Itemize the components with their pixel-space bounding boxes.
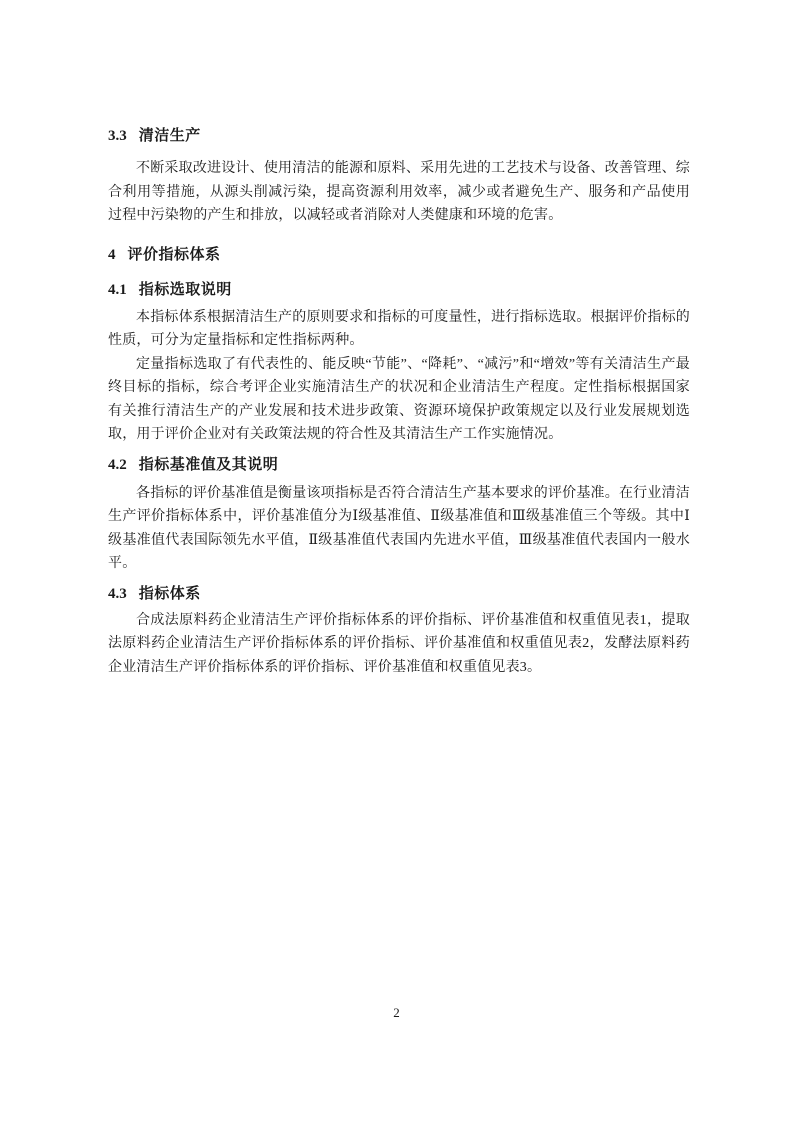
section-title-4-2: 指标基准值及其说明 [139,456,279,473]
section-heading-4: 4 评价指标体系 [108,245,690,265]
paragraph-clean-production-definition: 不断采取改进设计、使用清洁的能源和原料、采用先进的工艺技术与设备、改善管理、综合… [108,157,690,228]
section-number-4: 4 [108,247,116,263]
section-heading-4-3: 4.3 指标体系 [108,584,690,604]
section-heading-3-3: 3.3 清洁生产 [108,126,690,146]
section-number-4-2: 4.2 [108,457,127,473]
section-title-4: 评价指标体系 [128,246,221,263]
document-page: 3.3 清洁生产 不断采取改进设计、使用清洁的能源和原料、采用先进的工艺技术与设… [0,0,793,1122]
section-title-4-1: 指标选取说明 [139,281,232,298]
document-body: 3.3 清洁生产 不断采取改进设计、使用清洁的能源和原料、采用先进的工艺技术与设… [108,126,690,679]
section-title-4-3: 指标体系 [139,585,201,602]
section-number-4-3: 4.3 [108,586,127,602]
section-heading-4-2: 4.2 指标基准值及其说明 [108,455,690,475]
paragraph-benchmark-values: 各指标的评价基准值是衡量该项指标是否符合清洁生产基本要求的评价基准。在行业清洁生… [108,482,690,576]
section-number-3-3: 3.3 [108,128,127,144]
section-title-3-3: 清洁生产 [139,127,201,144]
page-footer: 2 [0,1004,793,1022]
section-heading-4-1: 4.1 指标选取说明 [108,280,690,300]
section-number-4-1: 4.1 [108,282,127,298]
paragraph-indicator-selection-detail: 定量指标选取了有代表性的、能反映“节能”、“降耗”、“减污”和“增效”等有关清洁… [108,353,690,447]
paragraph-indicator-selection-intro: 本指标体系根据清洁生产的原则要求和指标的可度量性，进行指标选取。根据评价指标的性… [108,306,690,353]
page-number: 2 [393,1005,400,1020]
paragraph-indicator-system-tables: 合成法原料药企业清洁生产评价指标体系的评价指标、评价基准值和权重值见表1，提取法… [108,609,690,680]
